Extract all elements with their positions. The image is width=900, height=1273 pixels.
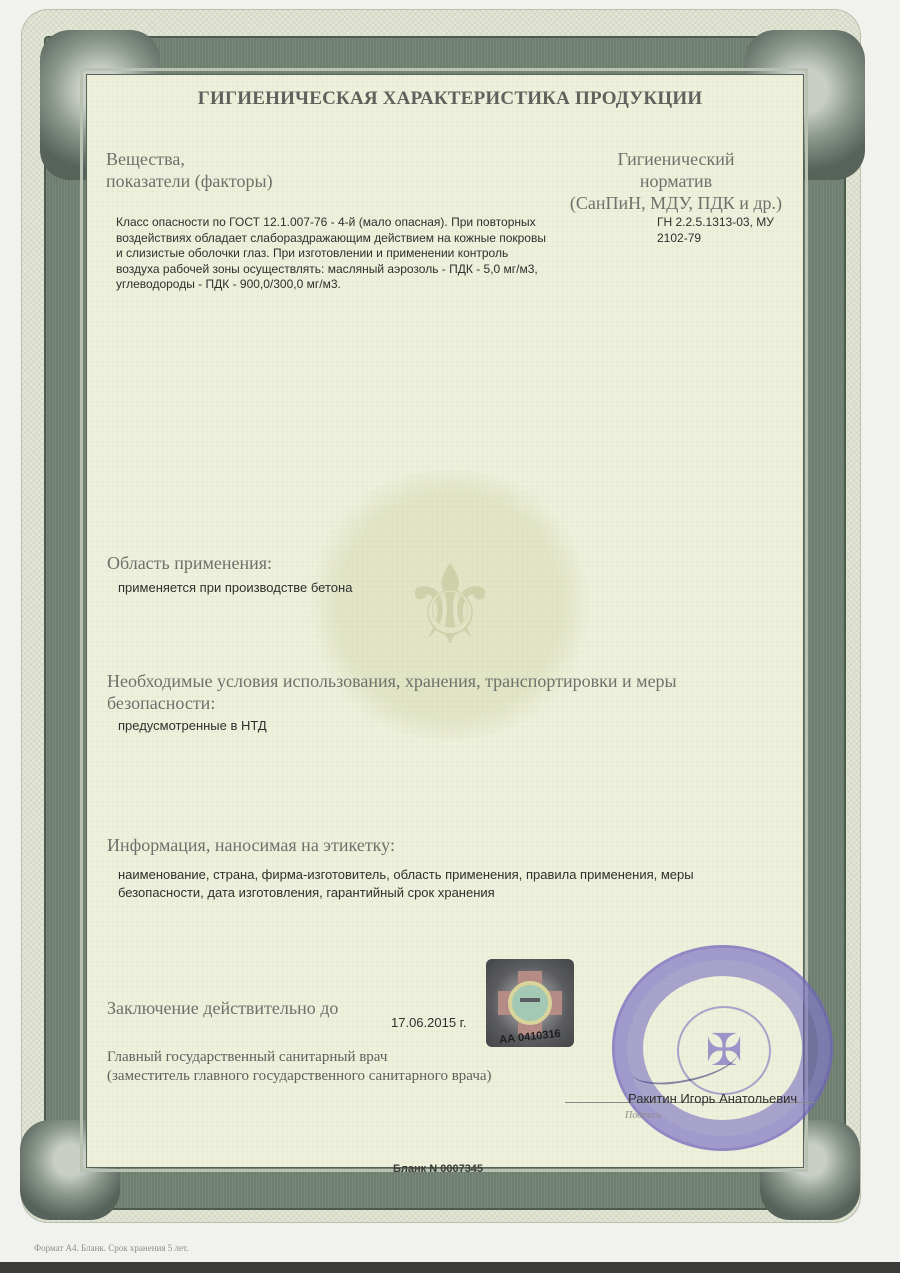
coat-of-arms-eagle-icon: ⚜ <box>390 540 510 670</box>
hazard-description: Класс опасности по ГОСТ 12.1.007-76 - 4-… <box>116 215 566 293</box>
blank-number: Бланк N 0007345 <box>393 1163 483 1175</box>
scan-edge <box>0 1262 900 1273</box>
signature-caption: Подпись <box>625 1110 661 1121</box>
sanitary-emblem-icon <box>508 981 552 1025</box>
validity-date: 17.06.2015 г. <box>391 1015 466 1031</box>
validity-label: Заключение действительно до <box>107 997 338 1019</box>
scope-label: Область применения: <box>107 552 272 574</box>
conditions-label: Необходимые условия использования, хране… <box>107 670 757 714</box>
signatory-name: Ракитин Игорь Анатольевич <box>628 1091 797 1107</box>
scope-value: применяется при производстве бетона <box>118 580 352 596</box>
conditions-value: предусмотренные в НТД <box>118 718 267 734</box>
substances-header: Вещества, показатели (факторы) <box>106 148 273 192</box>
signatory-title: Главный государственный санитарный врач … <box>107 1048 492 1086</box>
norm-reference: ГН 2.2.5.1313-03, МУ 2102-79 <box>657 215 797 246</box>
hologram-serial: АА 0410316 <box>490 1027 571 1047</box>
norm-header: Гигиенический норматив (СанПиН, МДУ, ПДК… <box>536 148 816 214</box>
document-title: ГИГИЕНИЧЕСКАЯ ХАРАКТЕРИСТИКА ПРОДУКЦИИ <box>0 88 900 110</box>
footer-note: Формат А4. Бланк. Срок хранения 5 лет. <box>34 1243 188 1253</box>
label-info-value: наименование, страна, фирма-изготовитель… <box>118 866 758 902</box>
hologram-sticker: АА 0410316 <box>486 959 574 1047</box>
label-info-label: Информация, наносимая на этикетку: <box>107 834 395 856</box>
